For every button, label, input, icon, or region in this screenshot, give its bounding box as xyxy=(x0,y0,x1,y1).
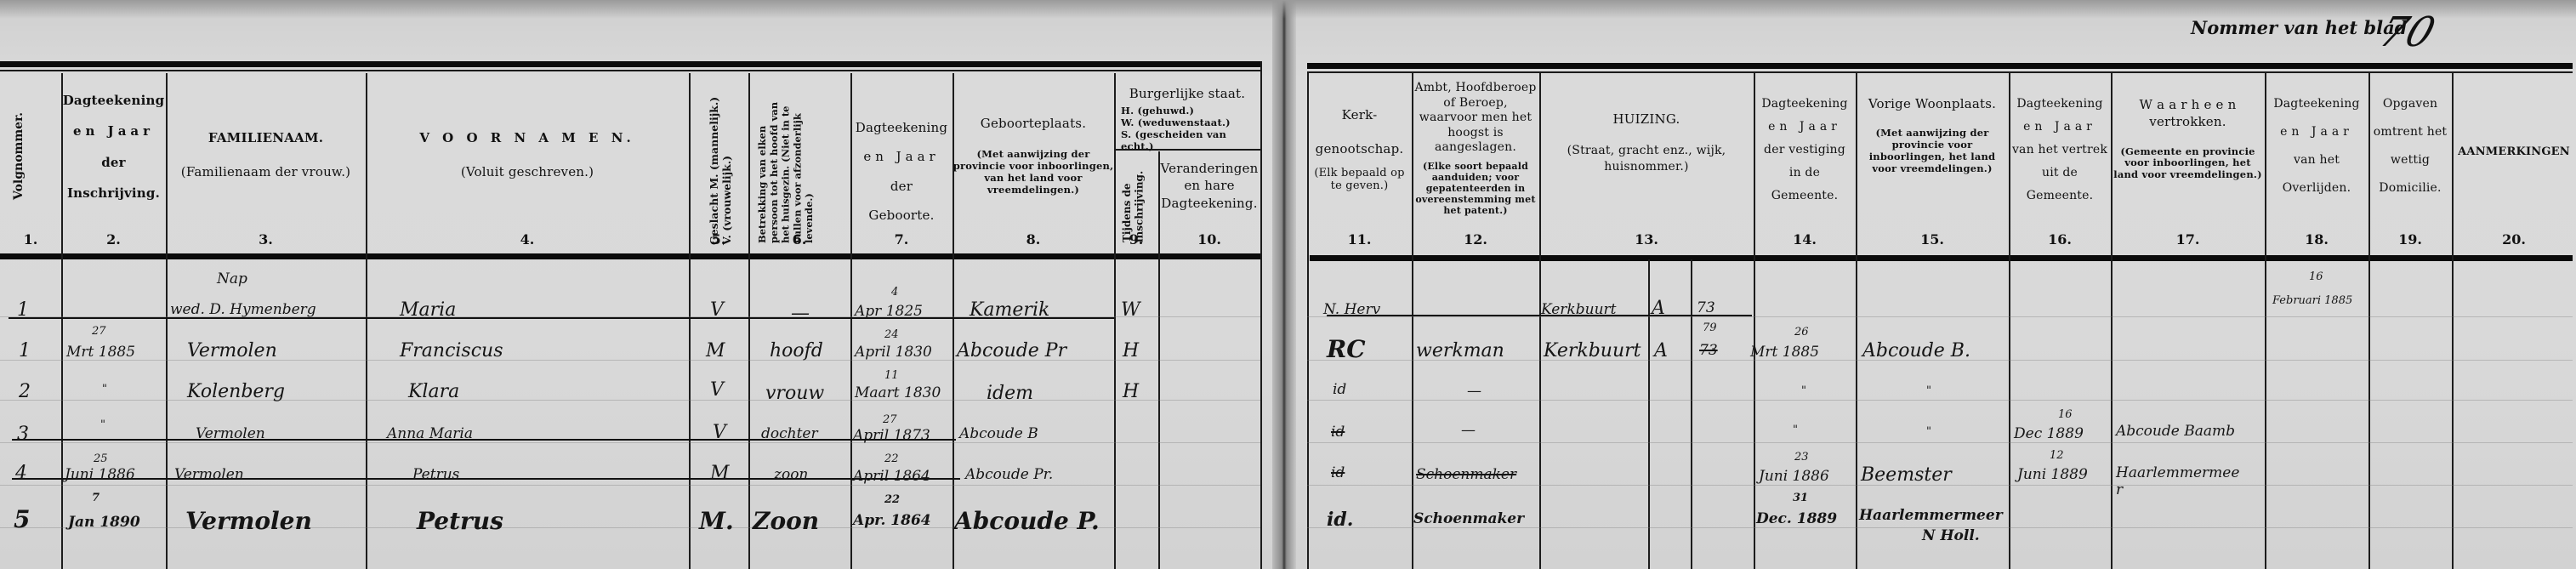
header-vertrek: Dagteekening en Jaar van het vertrek uit… xyxy=(2009,96,2111,203)
col-subdivider xyxy=(1691,259,1692,569)
entry-huizing-straat: Kerkbuurt xyxy=(1544,340,1641,361)
column-number: 4. xyxy=(366,231,689,248)
entry-vertrek: Juni 1889 xyxy=(2017,466,2088,483)
header-geboorteplaats: Geboorteplaats. (Met aanwijzing der prov… xyxy=(952,115,1114,196)
column-number: 17. xyxy=(2111,231,2265,248)
row-ruling xyxy=(1307,316,2573,317)
entry-betrekking: Zoon xyxy=(753,507,819,535)
entry-kerk: RC xyxy=(1327,335,1366,363)
entry-familienaam: Vermolen xyxy=(196,425,265,442)
header-voornamen: V O O R N A M E N. (Voluit geschreven.) xyxy=(366,129,689,181)
entry-inschrijving-dag: 25 xyxy=(94,452,108,465)
entry-vestiging-ditto: " xyxy=(1793,424,1798,436)
entry-inschrijving-ditto: " xyxy=(102,383,107,395)
entry-geboorte-dag: 11 xyxy=(884,369,899,382)
header-tijdens-inschrijving: Tijdens de inschrijving. xyxy=(1121,157,1153,242)
entry-waarheen: Abcoude Baamb xyxy=(2116,424,2260,440)
entry-geboorteplaats: idem xyxy=(987,383,1033,404)
entry-geboorte-dag: 4 xyxy=(891,286,898,299)
entry-vestiging: Juni 1886 xyxy=(1759,468,1829,485)
entry-geboorte-dag: 22 xyxy=(884,452,899,465)
col-divider xyxy=(748,73,750,569)
header-vorige-woonplaats: Vorige Woonplaats. (Met aanwijzing der p… xyxy=(1856,95,2009,174)
entry-betrekking: zoon xyxy=(774,466,808,483)
row-ruling xyxy=(1307,442,2573,443)
entry-vestiging-ditto: " xyxy=(1801,384,1806,397)
entry-vertrek-dag: 12 xyxy=(2050,449,2064,462)
left-page xyxy=(0,0,1276,569)
entry-inschrijving: Mrt 1885 xyxy=(66,344,135,361)
entry-betrekking: hoofd xyxy=(770,340,823,361)
header-bottom-rule-left xyxy=(0,253,1260,259)
entry-voornamen: Petrus xyxy=(417,507,503,535)
header-domicilie: Opgaven omtrent het wettig Domicilie. xyxy=(2368,96,2452,196)
entry-volgnummer: 3 xyxy=(17,424,29,445)
entry-geboorte: Apr 1825 xyxy=(855,303,923,320)
sheet-number-label: Nommer van het blad xyxy=(2191,17,2407,38)
entry-geboorte: Maart 1830 xyxy=(855,384,941,401)
page-edge-shadow xyxy=(0,0,2576,19)
entry-inschrijving-dag: 27 xyxy=(92,325,106,338)
entry-huizing-straat: Kerkbuurt xyxy=(1541,301,1616,318)
entry-overlijden-dag: 16 xyxy=(2309,270,2323,283)
entry-inschrijving-dag: 7 xyxy=(92,492,100,504)
entry-geboorte-dag: 24 xyxy=(884,328,899,341)
column-number: 8. xyxy=(952,231,1114,248)
entry-geboorteplaats: Kamerik xyxy=(970,299,1049,321)
column-number: 10. xyxy=(1158,231,1260,248)
entry-betrekking: — xyxy=(791,303,810,324)
header-waarheen: W a a r h e e n vertrokken. (Gemeente en… xyxy=(2111,96,2265,181)
entry-geboorteplaats: Abcoude Pr. xyxy=(965,466,1053,483)
entry-vorige-woonplaats-ditto: " xyxy=(1926,384,1931,397)
entry-betrekking: vrouw xyxy=(765,383,824,404)
column-number: 3. xyxy=(166,231,366,248)
entry-huizing-nr: 73 xyxy=(1697,299,1715,316)
entry-vestiging: Mrt 1885 xyxy=(1750,344,1819,361)
entry-beroep: werkman xyxy=(1416,340,1504,361)
entry-geslacht: M xyxy=(710,463,730,484)
entry-voornamen: Franciscus xyxy=(400,340,503,361)
entry-vestiging-dag: 31 xyxy=(1793,492,1808,504)
column-number: 11. xyxy=(1307,231,1412,248)
row-strikethrough xyxy=(12,478,960,480)
column-number: 19. xyxy=(2368,231,2452,248)
entry-kerk: id. xyxy=(1327,509,1353,531)
entry-inschrijving: Jan 1890 xyxy=(68,514,140,531)
header-top-rule-right-thin xyxy=(1307,71,2573,73)
header-veranderingen: Veranderingen en hare Dagteekening. xyxy=(1158,160,1260,212)
header-kerkgenootschap: Kerk- genootschap. (Elk bepaald op te ge… xyxy=(1307,106,1412,193)
entry-geslacht: M xyxy=(706,340,725,361)
col-divider xyxy=(689,73,691,569)
entry-burgerlijke-staat: W xyxy=(1121,299,1140,321)
entry-vorige-woonplaats-ditto: " xyxy=(1926,425,1931,438)
header-geboorte: Dagteekening en Jaar der Geboorte. xyxy=(850,119,952,224)
entry-voornamen: Anna Maria xyxy=(387,425,473,442)
entry-kerk: id xyxy=(1331,464,1345,481)
entry-burgerlijke-staat: H xyxy=(1123,381,1139,402)
entry-geboorte: April 1873 xyxy=(853,427,930,444)
book-fold xyxy=(1272,0,1296,569)
header-aanmerkingen: AANMERKINGEN xyxy=(2452,145,2576,160)
entry-familienaam: wed. D. Hymenberg xyxy=(170,301,316,318)
column-number: 20. xyxy=(2452,231,2576,248)
entry-kerk: id xyxy=(1331,424,1345,441)
entry-waarheen: Haarlemmermeer xyxy=(2116,464,2243,499)
entry-geboorte: April 1830 xyxy=(855,344,932,361)
entry-huizing-wijk: A xyxy=(1652,298,1665,319)
header-betrekking: Betrekking van elken persoon tot het hoo… xyxy=(757,82,842,243)
entry-voornamen: Klara xyxy=(408,381,459,402)
column-number: 2. xyxy=(61,231,166,248)
entry-beroep: Schoenmaker xyxy=(1413,510,1524,527)
entry-inschrijving-ditto: " xyxy=(100,418,105,431)
header-huizing: HUIZING. (Straat, gracht enz., wijk, hui… xyxy=(1539,111,1754,175)
entry-kerk: id xyxy=(1333,381,1346,398)
entry-vestiging-dag: 26 xyxy=(1794,326,1809,339)
header-bottom-rule-right xyxy=(1310,255,2573,261)
column-number: 1. xyxy=(0,231,61,248)
column-number: 14. xyxy=(1754,231,1856,248)
entry-vestiging: Dec. 1889 xyxy=(1756,510,1837,527)
entry-volgnummer: 5 xyxy=(14,505,30,533)
entry-vorige-woonplaats: Abcoude B. xyxy=(1862,340,1970,361)
entry-burgerlijke-staat: H xyxy=(1123,340,1139,361)
column-number: 5. xyxy=(689,231,748,248)
column-number: 7. xyxy=(850,231,952,248)
entry-geboorte: April 1864 xyxy=(853,468,930,485)
entry-volgnummer: 1 xyxy=(17,299,29,321)
entry-vertrek-dag: 16 xyxy=(2058,408,2073,421)
header-familienaam: FAMILIENAAM. (Familienaam der vrouw.) xyxy=(166,129,366,181)
entry-overlijden: Februari 1885 xyxy=(2272,294,2352,307)
entry-betrekking: dochter xyxy=(761,425,818,442)
entry-voornamen: Maria xyxy=(400,299,456,321)
header-inschrijving: Dagteekening en Jaar der Inschrijving. xyxy=(61,92,166,202)
header-vestiging: Dagteekening en Jaar der vestiging in de… xyxy=(1754,96,1856,203)
entry-familienaam-above: Nap xyxy=(217,270,247,287)
entry-volgnummer: 2 xyxy=(19,381,31,402)
entry-geboorteplaats: Abcoude Pr xyxy=(957,340,1066,361)
entry-geslacht: V xyxy=(710,379,724,401)
header-top-rule-right xyxy=(1307,63,2573,69)
row-ruling xyxy=(0,442,1260,443)
entry-vestiging-dag: 23 xyxy=(1794,451,1809,464)
header-overlijden: Dagteekening en Jaar van het Overlijden. xyxy=(2265,96,2368,196)
header-top-rule-left-thin xyxy=(0,70,1260,71)
entry-kerk: N. Herv xyxy=(1323,301,1380,318)
entry-voornamen: Petrus xyxy=(412,466,459,483)
entry-volgnummer: 4 xyxy=(15,463,27,484)
entry-vertrek: Dec 1889 xyxy=(2014,425,2084,442)
col-divider xyxy=(1260,61,1262,569)
row-strikethrough xyxy=(1327,315,1752,316)
entry-familienaam: Kolenberg xyxy=(187,381,285,402)
column-number: 15. xyxy=(1856,231,2009,248)
entry-huizing-nr: 73 xyxy=(1699,342,1718,359)
entry-geboorteplaats: Abcoude B xyxy=(959,425,1038,442)
header-geslacht: Geslacht M. (mannelijk.) V. (vrouwelijk.… xyxy=(708,85,733,245)
column-number: 16. xyxy=(2009,231,2111,248)
row-ruling xyxy=(1307,400,2573,401)
entry-geboorte: Apr. 1864 xyxy=(853,512,931,529)
entry-beroep: Schoenmaker xyxy=(1416,466,1516,483)
column-number: 9. xyxy=(1114,231,1158,248)
col-subdivider xyxy=(1648,259,1650,569)
column-number: 18. xyxy=(2265,231,2368,248)
header-volgnommer: Volgnommer. xyxy=(12,115,26,200)
column-number: 6. xyxy=(748,231,850,248)
column-number: 12. xyxy=(1412,231,1539,248)
entry-vorige-woonplaats: Haarlemmermeer xyxy=(1859,507,2003,524)
entry-geslacht: M. xyxy=(699,507,734,535)
entry-huizing-wijk: A xyxy=(1654,340,1668,361)
entry-volgnummer: 1 xyxy=(19,340,31,361)
entry-geboorte-dag: 27 xyxy=(883,413,897,426)
entry-huizing-nr-above: 79 xyxy=(1703,321,1717,334)
row-ruling xyxy=(0,485,1260,486)
header-beroep: Ambt, Hoofdberoep of Beroep, waarvoor me… xyxy=(1413,81,1538,216)
entry-vorige-woonplaats-provincie: N Holl. xyxy=(1922,527,1980,544)
entry-beroep: — xyxy=(1461,422,1476,439)
entry-familienaam: Vermolen xyxy=(187,340,277,361)
entry-geslacht: V xyxy=(710,299,724,321)
entry-vorige-woonplaats: Beemster xyxy=(1861,464,1952,486)
entry-geboorteplaats: Abcoude P. xyxy=(954,507,1100,535)
entry-geslacht: V xyxy=(713,422,726,443)
entry-inschrijving: Juni 1886 xyxy=(65,466,135,483)
header-top-rule-left xyxy=(0,61,1260,67)
entry-beroep: — xyxy=(1467,383,1481,400)
header-burgerlijke-staat: Burgerlijke staat. H. (gehuwd.) W. (wedu… xyxy=(1114,85,1260,152)
entry-familienaam: Vermolen xyxy=(174,466,244,483)
entry-geboorte-dag: 22 xyxy=(884,493,900,506)
column-number: 13. xyxy=(1539,231,1754,248)
entry-familienaam: Vermolen xyxy=(185,507,312,535)
